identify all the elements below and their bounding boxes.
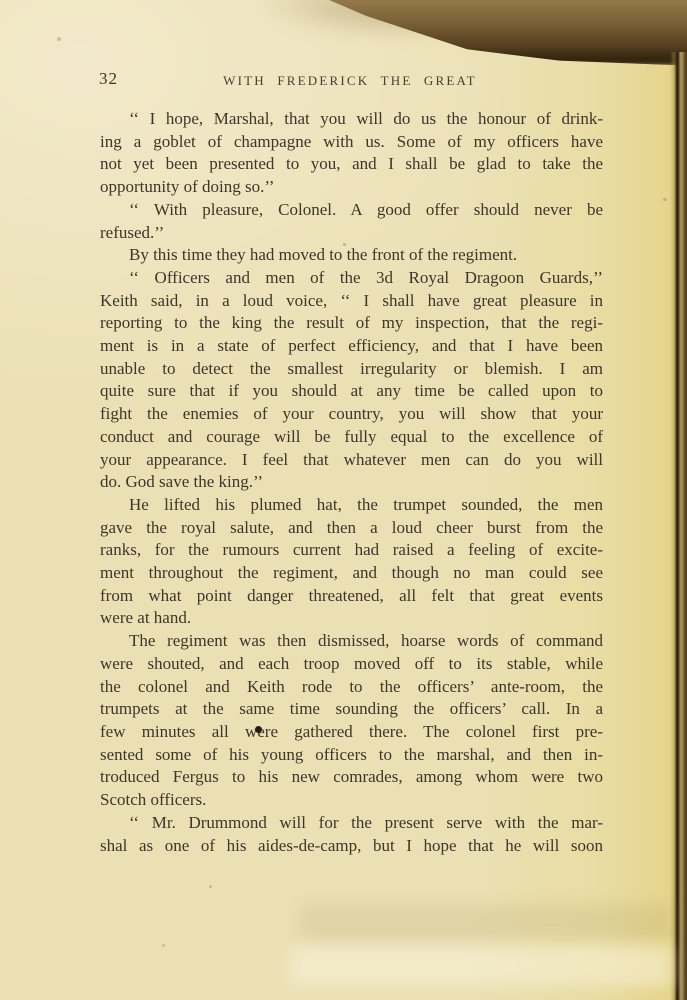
text-line: Keith said, in a loud voice, ‘‘ I shall … [100,290,603,313]
text-line: ranks, for the rumours current had raise… [100,539,603,562]
text-line: trumpets at the same time sounding the o… [100,698,603,721]
scan-band-light [290,946,672,986]
text-line: ‘‘ With pleasure, Colonel. A good offer … [100,199,603,222]
text-line: refused.’’ [100,222,603,245]
text-line: ‘‘ I hope, Marshal, that you will do us … [100,108,603,131]
paragraph: The regiment was then dismissed, hoarse … [100,630,603,812]
text-line: the colonel and Keith rode to the office… [100,676,603,699]
text-line: from what point danger threatened, all f… [100,585,603,608]
paper-speck [57,37,61,41]
page-text: ‘‘ I hope, Marshal, that you will do us … [100,108,603,857]
text-line: do. God save the king.’’ [100,471,603,494]
paragraph: ‘‘ With pleasure, Colonel. A good offer … [100,199,603,244]
text-line: ment throughout the regiment, and though… [100,562,603,585]
paper-speck [663,198,667,201]
text-line: Scotch officers. [100,789,603,812]
scan-band-dark [300,905,672,939]
text-line: opportunity of doing so.’’ [100,176,603,199]
text-line: ment is in a state of perfect efficiency… [100,335,603,358]
paragraph: ‘‘ Mr. Drummond will for the present ser… [100,812,603,857]
paragraph: ‘‘ Officers and men of the 3d Royal Drag… [100,267,603,494]
text-line: gave the royal salute, and then a loud c… [100,517,603,540]
text-line: were shouted, and each troop moved off t… [100,653,603,676]
text-line: were at hand. [100,607,603,630]
paragraph: He lifted his plumed hat, the trumpet so… [100,494,603,630]
text-line: ‘‘ Officers and men of the 3d Royal Drag… [100,267,603,290]
text-line: fight the enemies of your country, you w… [100,403,603,426]
text-line: quite sure that if you should at any tim… [100,380,603,403]
text-line: few minutes all were gathered there. The… [100,721,603,744]
text-line: shal as one of his aides-de-camp, but I … [100,835,603,858]
book-page-edges [670,52,687,1000]
text-line: The regiment was then dismissed, hoarse … [100,630,603,653]
paper-speck [209,885,212,888]
text-line: sented some of his young officers to the… [100,744,603,767]
text-line: ing a goblet of champagne with us. Some … [100,131,603,154]
text-line: He lifted his plumed hat, the trumpet so… [100,494,603,517]
text-line: troduced Fergus to his new comrades, amo… [100,766,603,789]
running-title: WITH FREDERICK THE GREAT [100,73,600,89]
paper-speck [162,944,165,947]
scanned-book-page: 32 WITH FREDERICK THE GREAT ‘‘ I hope, M… [0,0,687,1000]
paragraph: By this time they had moved to the front… [100,244,603,267]
text-line: not yet been presented to you, and I sha… [100,153,603,176]
paragraph: ‘‘ I hope, Marshal, that you will do us … [100,108,603,199]
ink-blot [255,726,262,733]
text-line: your appearance. I feel that whatever me… [100,449,603,472]
text-line: By this time they had moved to the front… [100,244,603,267]
text-line: reporting to the king the result of my i… [100,312,603,335]
paper-speck [343,243,346,246]
text-line: unable to detect the smallest irregulari… [100,358,603,381]
text-line: conduct and courage will be fully equal … [100,426,603,449]
text-line: ‘‘ Mr. Drummond will for the present ser… [100,812,603,835]
